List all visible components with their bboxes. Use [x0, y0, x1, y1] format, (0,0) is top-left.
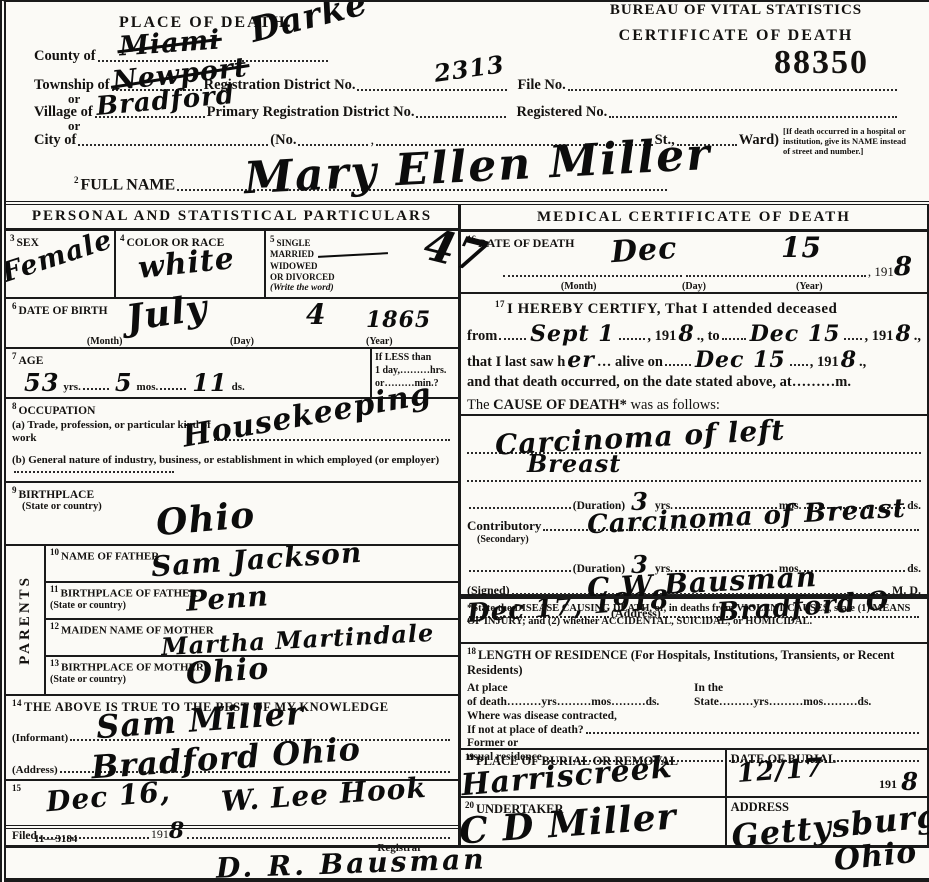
occupation-b-blank: [14, 469, 174, 473]
death-occurred-line: and that death occurred, on the date sta…: [467, 375, 851, 390]
form-number-block: 11—3184: [6, 829, 458, 845]
filed-date-handwriting: Dec 16,: [45, 778, 172, 817]
from-blank-2: [619, 336, 646, 340]
marital-single-label: SINGLE: [277, 238, 311, 248]
birthplace-field-number: 9: [12, 485, 17, 495]
to-date-handwriting: Dec 15: [750, 323, 841, 345]
birthplace-handwriting: Ohio: [155, 497, 257, 542]
dod-year-caption: (Year): [752, 281, 867, 292]
certify-from-line: from Sept 1 , 191 8 ., to Dec 15 , 191 8…: [467, 323, 921, 343]
registration-district-handwriting: 2313: [433, 52, 506, 86]
dob-year-handwriting: 1865: [366, 309, 431, 331]
occupation-label: OCCUPATION: [19, 405, 96, 417]
dob-label: DATE OF BIRTH: [19, 305, 108, 317]
to-end-punct: .,: [914, 329, 921, 344]
dod-day-blank: [686, 273, 865, 277]
at-place-line1: At place: [467, 682, 694, 696]
age-years-handwriting: 53: [24, 371, 59, 395]
alive-year-printed: , 191: [810, 355, 839, 370]
parents-vertical-label-cell: PARENTS: [6, 546, 46, 694]
dob-month-handwriting: July: [124, 289, 210, 336]
full-name-line: 2FULL NAME Mary Ellen Miller: [74, 175, 669, 194]
ward-label: Ward): [739, 132, 779, 149]
marital-married-label: MARRIED: [270, 249, 314, 260]
age-months-handwriting: 5: [115, 371, 133, 395]
age-dots-2: [160, 386, 186, 390]
age-less-line1: If LESS than: [375, 351, 455, 364]
age-months-label: mos.: [137, 381, 159, 393]
in-state-line2: State………yrs………mos………ds.: [694, 696, 921, 710]
to-year-handwriting: 8: [895, 323, 911, 345]
disease-contracted-label: If not at place of death?: [467, 724, 584, 738]
certify-field-number: 17: [495, 299, 505, 309]
dod-month-blank: [503, 273, 682, 277]
dod-rule-line: , 191 8: [501, 254, 913, 280]
file-no-blank: [568, 87, 897, 91]
county-correction-handwriting: Darke: [247, 0, 371, 48]
age-main-cell: 7AGE 53 yrs. 5 mos. 11 ds.: [6, 349, 370, 397]
medical-section-title: MEDICAL CERTIFICATE OF DEATH: [461, 205, 927, 232]
undertaker-state-handwriting: Ohio: [832, 838, 918, 877]
village-label: Village of: [34, 104, 93, 121]
in-state-column: In the State………yrs………mos………ds.: [694, 682, 921, 710]
age-years-label: yrs.: [63, 381, 80, 393]
age-values-line: 53 yrs. 5 mos. 11 ds.: [20, 371, 364, 393]
duration2-dots-2: [804, 568, 906, 572]
parents-section: PARENTS 10NAME OF FATHER Sam Jackson 11B…: [6, 546, 458, 696]
dod-label: DATE OF DEATH: [478, 236, 574, 250]
street-no-blank: [298, 142, 368, 146]
at-place-column: At place of death………yrs………mos………ds.: [467, 682, 694, 710]
color-race-cell: 4COLOR OR RACE white: [114, 231, 266, 297]
age-label: AGE: [19, 355, 44, 367]
parents-rows: 10NAME OF FATHER Sam Jackson 11BIRTHPLAC…: [46, 546, 458, 694]
filed-field-number: 15: [12, 783, 21, 793]
dob-day-handwriting: 4: [306, 301, 326, 329]
disease-contracted-blank: [586, 730, 919, 734]
burial-row: 19PLACE OF BURIAL OR REMOVAL Harriscreek…: [461, 750, 927, 798]
registered-no-blank: [609, 114, 897, 118]
alive-year-handwriting: 8: [841, 349, 857, 371]
marital-field-number: 5: [270, 234, 275, 244]
informant-block: 14THE ABOVE IS TRUE TO THE BEST OF MY KN…: [6, 696, 458, 781]
length-of-residence-block: 18LENGTH OF RESIDENCE (For Hospitals, In…: [461, 644, 927, 750]
disease-contracted-line1: Where was disease contracted,: [467, 710, 921, 724]
contributory-line: Contributory Carcinoma of Breast: [467, 518, 921, 534]
contributory-label: Contributory: [467, 518, 541, 534]
age-days-handwriting: 11: [192, 371, 227, 395]
cause-line-2: Breast: [467, 454, 921, 482]
file-no-label: File No.: [517, 77, 565, 94]
race-field-number: 4: [120, 233, 125, 243]
duration1-ds-label: ds.: [907, 500, 921, 512]
mother-birthplace-field-number: 13: [50, 658, 59, 668]
race-handwriting: white: [137, 244, 237, 284]
occupation-b-line: (b) General nature of industry, business…: [12, 454, 452, 480]
certify-block: 17I HEREBY CERTIFY, That I attended dece…: [461, 294, 927, 416]
full-name-label: FULL NAME: [81, 176, 176, 193]
county-line: County of Miami: [34, 48, 609, 65]
certify-from-label: from: [467, 329, 497, 344]
primary-registration-blank: [416, 114, 506, 118]
saw-label: that I last saw h: [467, 355, 565, 370]
cause-head-suffix: was as follows:: [627, 397, 720, 413]
certificate-body: PERSONAL AND STATISTICAL PARTICULARS 47 …: [6, 205, 929, 845]
cause-head-prefix: The: [467, 397, 493, 413]
medical-certificate-column: MEDICAL CERTIFICATE OF DEATH 16DATE OF D…: [461, 205, 929, 845]
parents-vertical-label: PARENTS: [17, 575, 34, 665]
informant-address-label: (Address): [12, 764, 58, 776]
sex-cell: 3SEX Female: [6, 231, 114, 297]
cause-footnote-block: *State the DISEASE CAUSING DEATH, or, in…: [461, 596, 927, 644]
dob-captions: (Month) (Day) (Year): [36, 336, 448, 347]
residence-field-number: 18: [467, 646, 476, 656]
duration2-lead-dots: [469, 568, 571, 572]
mother-birthplace-handwriting: Ohio: [185, 655, 270, 691]
sex-field-number: 3: [10, 233, 15, 243]
dob-field-number: 6: [12, 301, 17, 311]
footer-strip: D. R. Bausman: [6, 845, 929, 882]
age-less-line2: 1 day,………hrs.: [375, 364, 455, 377]
place-of-burial-cell: 19PLACE OF BURIAL OR REMOVAL Harriscreek: [461, 750, 727, 796]
dob-year-caption: (Year): [311, 336, 448, 347]
alive-blank-2: [790, 362, 808, 366]
occupation-field-number: 8: [12, 401, 17, 411]
mother-name-field-number: 12: [50, 621, 59, 631]
to-blank-2: [844, 336, 862, 340]
from-year-printed: , 191: [647, 329, 676, 344]
age-dots-1: [83, 386, 109, 390]
sex-race-marital-row: 3SEX Female 4COLOR OR RACE white 5SINGLE…: [6, 231, 458, 299]
primary-registration-label: Primary Registration District No.: [207, 104, 415, 121]
institution-note: [If death occurred in a hospital or inst…: [783, 127, 911, 156]
married-selection-mark: [318, 252, 388, 258]
certify-line1: I HEREBY CERTIFY, That I attended deceas…: [507, 301, 837, 317]
marital-divorced-label: OR DIVORCED: [270, 272, 454, 283]
undertaker-cell: 20UNDERTAKER C D Miller: [461, 798, 727, 845]
saw-her-handwriting: er: [567, 349, 595, 371]
cause-footnote-text: *State the DISEASE CAUSING DEATH, or, in…: [467, 603, 910, 627]
alive-label: … alive on: [597, 355, 663, 370]
personal-section-title: PERSONAL AND STATISTICAL PARTICULARS: [6, 205, 458, 231]
dob-day-caption: (Day): [173, 336, 310, 347]
form-number: 11—3184: [34, 833, 77, 845]
footer-signature-handwriting: D. R. Bausman: [216, 845, 487, 882]
undertaker-row: 20UNDERTAKER C D Miller ADDRESS Gettysbu…: [461, 798, 927, 845]
county-label: County of: [34, 48, 96, 65]
secondary-label: (Secondary): [477, 534, 921, 545]
city-label: City of: [34, 132, 76, 149]
dob-month-caption: (Month): [36, 336, 173, 347]
date-of-death-block: 16DATE OF DEATH Dec 15 , 191 8 (Month) (…: [461, 232, 927, 294]
dod-captions: (Month) (Day) (Year): [521, 281, 867, 292]
from-year-handwriting: 8: [678, 323, 694, 345]
residence-columns: At place of death………yrs………mos………ds. In t…: [467, 682, 921, 710]
sex-handwriting: Female: [0, 226, 116, 287]
at-place-line2: of death………yrs………mos………ds.: [467, 696, 694, 710]
marital-write-word-note: (Write the word): [270, 283, 454, 295]
cause-handwriting-2: Breast: [527, 452, 621, 476]
informant-field-number: 14: [12, 698, 22, 708]
burial-year-printed: 191: [879, 777, 897, 792]
alive-date-handwriting: Dec 15: [695, 349, 786, 371]
registration-district-blank: [357, 87, 507, 91]
father-birthplace-handwriting: Penn: [185, 583, 270, 617]
to-year-printed: , 191: [864, 329, 893, 344]
burial-field-number: 19: [465, 752, 474, 762]
father-birthplace-field-number: 11: [50, 584, 59, 594]
father-birthplace-label: BIRTHPLACE OF FATHER: [61, 588, 198, 600]
registered-no-label: Registered No.: [516, 104, 607, 121]
father-name-handwriting: Sam Jackson: [150, 539, 363, 582]
disease-contracted-line2: If not at place of death?: [467, 724, 921, 738]
filed-block: 15 Filed 191 8 Dec 16, W. Lee Hook Regis…: [6, 781, 458, 829]
date-of-burial-cell: DATE OF BURIAL 12/17 191 8: [727, 750, 927, 796]
street-no-label: (No.: [270, 132, 296, 149]
death-certificate-page: BUREAU OF VITAL STATISTICS CERTIFICATE O…: [0, 0, 929, 882]
to-blank-1: [722, 336, 746, 340]
dod-month-caption: (Month): [521, 281, 636, 292]
city-blank-line: [78, 142, 268, 146]
father-name-label: NAME OF FATHER: [61, 551, 159, 563]
occupation-b-label: (b) General nature of industry, business…: [12, 454, 439, 466]
mother-birthplace-label: BIRTHPLACE OF MOTHER: [61, 662, 204, 674]
date-of-birth-block: 6DATE OF BIRTH July 4 1865 (Month) (Day)…: [6, 299, 458, 349]
registrar-signature-handwriting: W. Lee Hook: [220, 774, 427, 816]
certify-saw-line: that I last saw h er … alive on Dec 15 ,…: [467, 349, 921, 369]
alive-end-punct: .,: [859, 355, 866, 370]
cause-of-death-block: Carcinoma of left Breast (Duration) 3 yr…: [461, 416, 927, 596]
duration2-ds-label: ds.: [907, 563, 921, 575]
burial-date-handwriting: 12/17: [736, 755, 824, 787]
father-birthplace-row: 11BIRTHPLACE OF FATHER (State or country…: [46, 583, 458, 620]
residence-title: LENGTH OF RESIDENCE (For Hospitals, Inst…: [467, 648, 894, 677]
cause-head-bold: CAUSE OF DEATH*: [493, 397, 627, 413]
father-name-field-number: 10: [50, 547, 59, 557]
undertaker-address-cell: ADDRESS Gettysburg Ohio: [727, 798, 927, 845]
birthplace-label: BIRTHPLACE: [19, 489, 95, 501]
birthplace-block: 9BIRTHPLACE (State or country) Ohio: [6, 483, 458, 547]
dod-day-caption: (Day): [636, 281, 751, 292]
dod-year-printed: , 191: [868, 264, 894, 280]
dod-year-handwriting: 8: [894, 254, 913, 280]
informant-label: (Informant): [12, 732, 68, 744]
father-name-row: 10NAME OF FATHER Sam Jackson: [46, 546, 458, 583]
from-date-handwriting: Sept 1: [530, 323, 614, 345]
full-name-field-number: 2: [74, 175, 79, 185]
to-label: ., to: [697, 329, 720, 344]
occupation-block: 8OCCUPATION (a) Trade, profession, or pa…: [6, 399, 458, 483]
duration1-lead-dots: [469, 505, 571, 509]
mother-birthplace-row: 13BIRTHPLACE OF MOTHER (State or country…: [46, 657, 458, 694]
age-days-label: ds.: [232, 381, 245, 393]
burial-year-handwriting: 8: [901, 770, 919, 794]
certificate-header: BUREAU OF VITAL STATISTICS CERTIFICATE O…: [6, 2, 929, 205]
personal-particulars-column: PERSONAL AND STATISTICAL PARTICULARS 47 …: [6, 205, 461, 845]
undertaker-field-number: 20: [465, 800, 474, 810]
from-blank-1: [499, 336, 526, 340]
in-state-line1: In the: [694, 682, 921, 696]
alive-blank-1: [665, 362, 691, 366]
village-line: Village of Bradford Primary Registration…: [34, 104, 899, 121]
age-field-number: 7: [12, 351, 17, 361]
